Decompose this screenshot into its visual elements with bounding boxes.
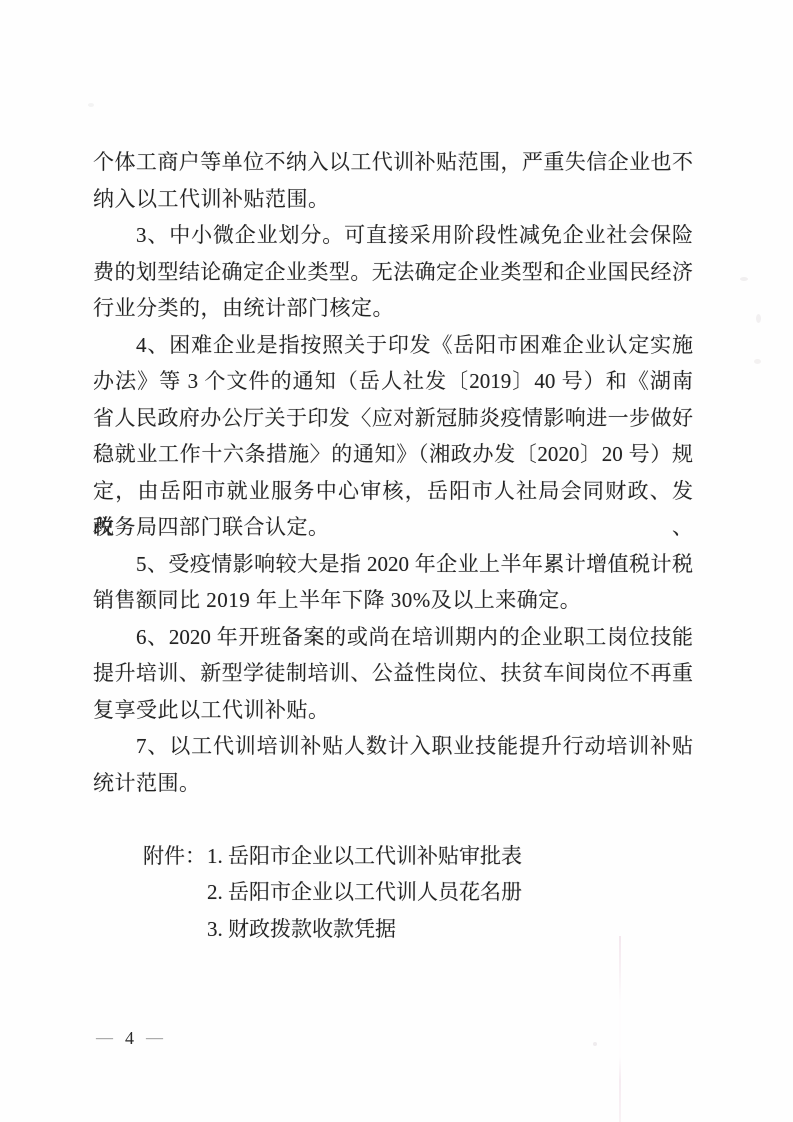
- scan-artifact: [619, 936, 621, 1122]
- body-line: 7、以工代训培训补贴人数计入职业技能提升行动培训补贴: [93, 728, 693, 765]
- body-line: 6、2020 年开班备案的或尚在培训期内的企业职工岗位技能: [93, 619, 693, 656]
- attachments-label: 附件：: [143, 838, 207, 875]
- body-line: 统计范围。: [93, 765, 693, 802]
- body-line: 办法》等 3 个文件的通知（岳人社发〔2019〕40 号）和《湖南: [93, 363, 693, 400]
- document-body: 个体工商户等单位不纳入以工代训补贴范围，严重失信企业也不 纳入以工代训补贴范围。…: [93, 144, 693, 947]
- page-number-dash: —: [96, 1030, 113, 1047]
- body-line: 行业分类的，由统计部门核定。: [93, 290, 693, 327]
- attachment-row: 2. 岳阳市企业以工代训人员花名册: [143, 874, 693, 911]
- attachment-item: 1. 岳阳市企业以工代训补贴审批表: [207, 838, 522, 875]
- attachment-row: 3. 财政拨款收款凭据: [143, 911, 693, 948]
- body-line: 5、受疫情影响较大是指 2020 年企业上半年累计增值税计税: [93, 546, 693, 583]
- body-line: 纳入以工代训补贴范围。: [93, 181, 693, 218]
- document-page: 个体工商户等单位不纳入以工代训补贴范围，严重失信企业也不 纳入以工代训补贴范围。…: [0, 0, 793, 1122]
- body-line: 3、中小微企业划分。可直接采用阶段性减免企业社会保险: [93, 217, 693, 254]
- page-number-dash: —: [146, 1030, 163, 1047]
- attachments-block: 附件： 1. 岳阳市企业以工代训补贴审批表 2. 岳阳市企业以工代训人员花名册 …: [93, 838, 693, 948]
- body-line: 提升培训、新型学徒制培训、公益性岗位、扶贫车间岗位不再重: [93, 655, 693, 692]
- attachment-item: 3. 财政拨款收款凭据: [207, 911, 396, 948]
- attachment-item: 2. 岳阳市企业以工代训人员花名册: [207, 874, 522, 911]
- body-line: 稳就业工作十六条措施〉的通知》（湘政办发〔2020〕20 号）规: [93, 436, 693, 473]
- body-line: 费的划型结论确定企业类型。无法确定企业类型和企业国民经济: [93, 254, 693, 291]
- body-line: 定，由岳阳市就业服务中心审核，岳阳市人社局会同财政、发改、: [93, 473, 693, 510]
- page-number-value: 4: [125, 1028, 134, 1049]
- body-line: 销售额同比 2019 年上半年下降 30%及以上来确定。: [93, 582, 693, 619]
- scan-artifact: [593, 1042, 597, 1046]
- body-line: 4、困难企业是指按照关于印发《岳阳市困难企业认定实施: [93, 327, 693, 364]
- scan-artifact: [88, 103, 94, 107]
- body-line: 个体工商户等单位不纳入以工代训补贴范围，严重失信企业也不: [93, 144, 693, 181]
- body-line: 复享受此以工代训补贴。: [93, 692, 693, 729]
- attachment-row: 附件： 1. 岳阳市企业以工代训补贴审批表: [143, 838, 693, 875]
- page-number: — 4 —: [96, 1026, 163, 1050]
- scan-artifact: [756, 314, 761, 323]
- scan-artifact: [754, 359, 761, 364]
- body-line: 省人民政府办公厅关于印发〈应对新冠肺炎疫情影响进一步做好: [93, 400, 693, 437]
- scan-artifact: [740, 277, 748, 281]
